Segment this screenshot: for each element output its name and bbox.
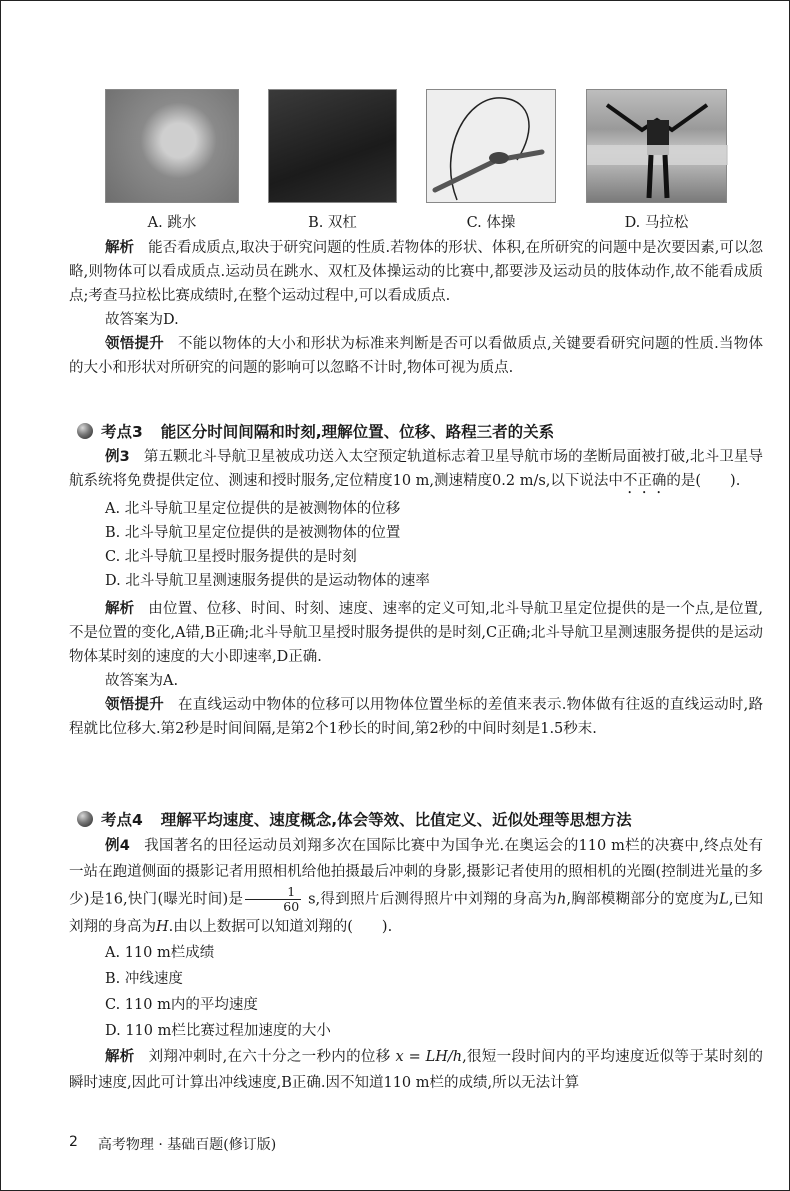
textbook-page: A. 跳水 B. 双杠 C. 体操 bbox=[0, 0, 790, 1191]
diving-image bbox=[105, 89, 239, 203]
stem-text-end: .由以上数据可以知道刘翔的( ). bbox=[169, 919, 393, 935]
variable-h: h bbox=[557, 892, 566, 908]
option-b: B. 北斗导航卫星定位提供的是被测物体的位置 bbox=[69, 521, 763, 545]
question-stem: 例4我国著名的田径运动员刘翔多次在国际比赛中为国争光.在奥运会的110 m栏的决… bbox=[69, 833, 763, 940]
figure-parallel-bars: B. 双杠 bbox=[268, 89, 397, 203]
section-heading-3: 考点3 能区分时间间隔和时刻,理解位置、位移、路程三者的关系 bbox=[77, 420, 554, 442]
book-title: 高考物理 · 基础百题(修订版) bbox=[98, 1134, 276, 1154]
runner-icon bbox=[587, 90, 728, 202]
answer-line: 故答案为D. bbox=[69, 308, 763, 332]
question-stem: 例3第五颗北斗导航卫星被成功送入太空预定轨道标志着卫星导航市场的垄断局面被打破,… bbox=[69, 445, 763, 497]
ribbon-gymnast-icon bbox=[427, 90, 557, 202]
section-bullet-icon bbox=[77, 811, 93, 827]
analysis-label: 解析 bbox=[105, 1049, 135, 1065]
option-a: A. 110 m栏成绩 bbox=[69, 940, 763, 966]
analysis-label: 解析 bbox=[105, 240, 134, 256]
stem-text: s,得到照片后测得照片中刘翔的身高为 bbox=[303, 892, 557, 908]
fraction-numerator: 1 bbox=[245, 885, 301, 900]
analysis-label: 解析 bbox=[105, 601, 134, 617]
analysis-text: 由位置、位移、时间、时刻、速度、速率的定义可知,北斗导航卫星定位提供的是一个点,… bbox=[69, 601, 763, 665]
section-number: 考点3 bbox=[101, 420, 143, 442]
example2-block: 解析能否看成质点,取决于研究问题的性质.若物体的形状、体积,在所研究的问题中是次… bbox=[69, 236, 763, 380]
variable-L: L bbox=[719, 892, 729, 908]
section-heading-4: 考点4 理解平均速度、速度概念,体会等效、比值定义、近似处理等思想方法 bbox=[77, 808, 632, 830]
page-number: 2 bbox=[69, 1134, 78, 1154]
insight-paragraph: 领悟提升在直线运动中物体的位移可以用物体位置坐标的差值来表示.物体做有往返的直线… bbox=[69, 693, 763, 741]
option-d: D. 110 m栏比赛过程加速度的大小 bbox=[69, 1018, 763, 1044]
example3-block: 例3第五颗北斗导航卫星被成功送入太空预定轨道标志着卫星导航市场的垄断局面被打破,… bbox=[69, 445, 763, 741]
figure-row: A. 跳水 B. 双杠 C. 体操 bbox=[1, 89, 790, 239]
emphasis-text: 不正确 bbox=[623, 473, 667, 489]
figure-caption: A. 跳水 bbox=[105, 211, 239, 232]
example-label: 例3 bbox=[105, 449, 130, 465]
figure-caption: C. 体操 bbox=[426, 211, 556, 232]
page-footer: 2 高考物理 · 基础百题(修订版) bbox=[69, 1134, 276, 1154]
answer-line: 故答案为A. bbox=[69, 669, 763, 693]
analysis-text: 刘翔冲刺时,在六十分之一秒内的位移 bbox=[149, 1049, 396, 1065]
figure-caption: B. 双杠 bbox=[268, 211, 397, 232]
stem-text: ,胸部模糊部分的宽度为 bbox=[566, 892, 719, 908]
formula: x = LH/h bbox=[395, 1049, 462, 1065]
marathon-image bbox=[586, 89, 727, 203]
figure-diving: A. 跳水 bbox=[105, 89, 239, 203]
analysis-paragraph: 解析由位置、位移、时间、时刻、速度、速率的定义可知,北斗导航卫星定位提供的是一个… bbox=[69, 597, 763, 669]
insight-text: 在直线运动中物体的位移可以用物体位置坐标的差值来表示.物体做有往返的直线运动时,… bbox=[69, 697, 763, 737]
option-b: B. 冲线速度 bbox=[69, 966, 763, 992]
section-title: 能区分时间间隔和时刻,理解位置、位移、路程三者的关系 bbox=[161, 420, 554, 442]
figure-caption: D. 马拉松 bbox=[586, 211, 727, 232]
insight-text: 不能以物体的大小和形状为标准来判断是否可以看做质点,关键要看研究问题的性质.当物… bbox=[69, 336, 763, 376]
option-c: C. 110 m内的平均速度 bbox=[69, 992, 763, 1018]
fraction-denominator: 60 bbox=[245, 900, 301, 914]
example4-block: 例4我国著名的田径运动员刘翔多次在国际比赛中为国争光.在奥运会的110 m栏的决… bbox=[69, 833, 763, 1096]
insight-paragraph: 领悟提升不能以物体的大小和形状为标准来判断是否可以看做质点,关键要看研究问题的性… bbox=[69, 332, 763, 380]
option-a: A. 北斗导航卫星定位提供的是被测物体的位移 bbox=[69, 497, 763, 521]
fraction: 160 bbox=[245, 885, 301, 914]
insight-label: 领悟提升 bbox=[105, 697, 164, 713]
insight-label: 领悟提升 bbox=[105, 336, 164, 352]
figure-gymnastics: C. 体操 bbox=[426, 89, 556, 203]
variable-H: H bbox=[156, 919, 169, 935]
analysis-paragraph: 解析能否看成质点,取决于研究问题的性质.若物体的形状、体积,在所研究的问题中是次… bbox=[69, 236, 763, 308]
section-title: 理解平均速度、速度概念,体会等效、比值定义、近似处理等思想方法 bbox=[161, 808, 632, 830]
section-bullet-icon bbox=[77, 423, 93, 439]
analysis-text: 能否看成质点,取决于研究问题的性质.若物体的形状、体积,在所研究的问题中是次要因… bbox=[69, 240, 763, 304]
gymnastics-image bbox=[426, 89, 556, 203]
parallel-bars-image bbox=[268, 89, 397, 203]
section-number: 考点4 bbox=[101, 808, 143, 830]
analysis-paragraph: 解析刘翔冲刺时,在六十分之一秒内的位移 x = LH/h,很短一段时间内的平均速… bbox=[69, 1044, 763, 1096]
figure-marathon: D. 马拉松 bbox=[586, 89, 727, 203]
option-d: D. 北斗导航卫星测速服务提供的是运动物体的速率 bbox=[69, 569, 763, 593]
option-c: C. 北斗导航卫星授时服务提供的是时刻 bbox=[69, 545, 763, 569]
stem-text-end: 的是( ). bbox=[666, 473, 740, 489]
example-label: 例4 bbox=[105, 838, 130, 854]
